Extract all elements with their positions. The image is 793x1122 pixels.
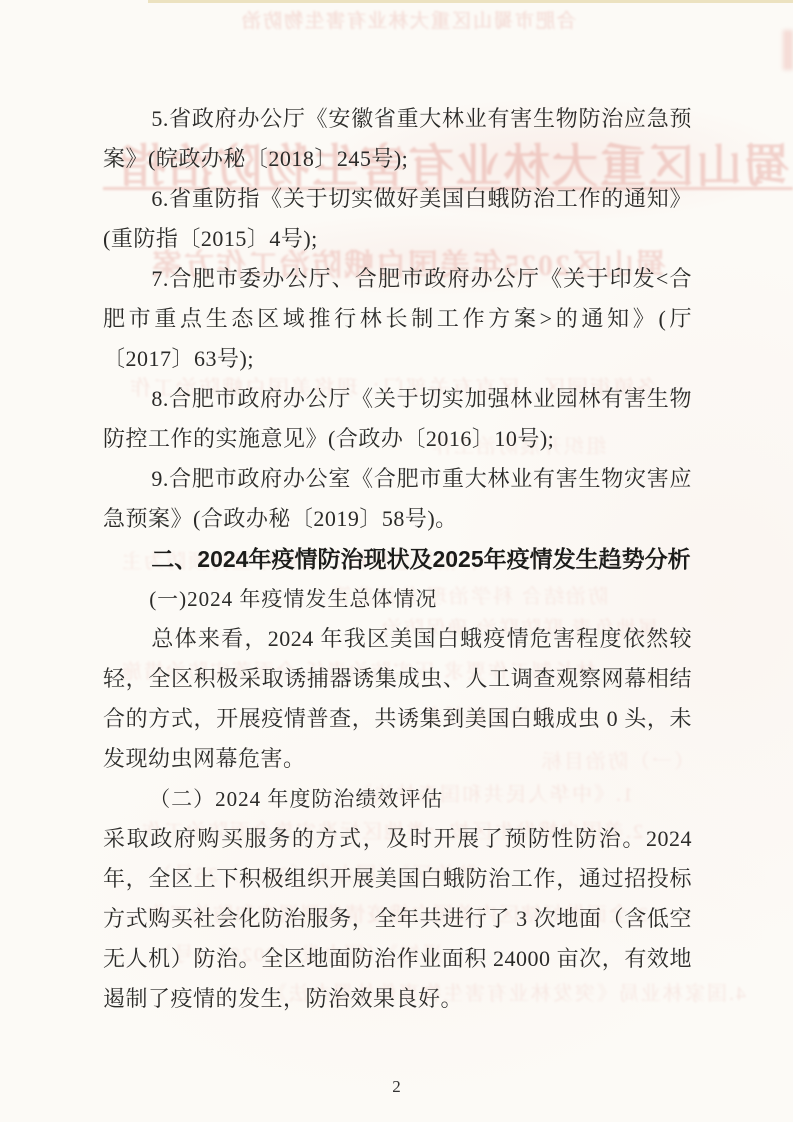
reference-item-8: 8.合肥市政府办公厅《关于切实加强林业园林有害生物防控工作的实施意见》(合政办〔… <box>103 379 692 459</box>
reference-item-5: 5.省政府办公厅《安徽省重大林业有害生物防治应急预案》(皖政办秘〔2018〕24… <box>103 99 692 179</box>
scanned-document-page: 合肥市蜀山区重大林业有害生物防治蜀山区重大林业有害生物防治指蜀山区2025年美国… <box>0 0 793 1122</box>
scan-artifact-top-edge <box>148 0 793 3</box>
subsection-2-heading: （二）2024 年度防治绩效评估 <box>103 779 692 819</box>
reference-item-6: 6.省重防指《关于切实做好美国白蛾防治工作的通知》(重防指〔2015〕4号); <box>103 179 692 259</box>
reference-item-9: 9.合肥市政府办公室《合肥市重大林业有害生物灾害应急预案》(合政办秘〔2019〕… <box>103 459 692 539</box>
reference-item-7: 7.合肥市委办公厅、合肥市政府办公厅《关于印发<合肥市重点生态区域推行林长制工作… <box>103 259 692 379</box>
subsection-2-paragraph: 采取政府购买服务的方式，及时开展了预防性防治。2024 年，全区上下积极组织开展… <box>103 819 692 1019</box>
document-body: 5.省政府办公厅《安徽省重大林业有害生物防治应急预案》(皖政办秘〔2018〕24… <box>103 99 692 1019</box>
subsection-1-paragraph: 总体来看，2024 年我区美国白蛾疫情危害程度依然较轻，全区积极采取诱捕器诱集成… <box>103 619 692 779</box>
section-heading: 二、2024年疫情防治现状及2025年疫情发生趋势分析 <box>103 539 692 579</box>
scan-artifact-right-smudge <box>783 30 793 70</box>
subsection-1-heading: (一)2024 年疫情发生总体情况 <box>103 579 692 619</box>
bleed-through-text: 合肥市蜀山区重大林业有害生物防治 <box>240 6 576 33</box>
page-number: 2 <box>0 1076 793 1098</box>
